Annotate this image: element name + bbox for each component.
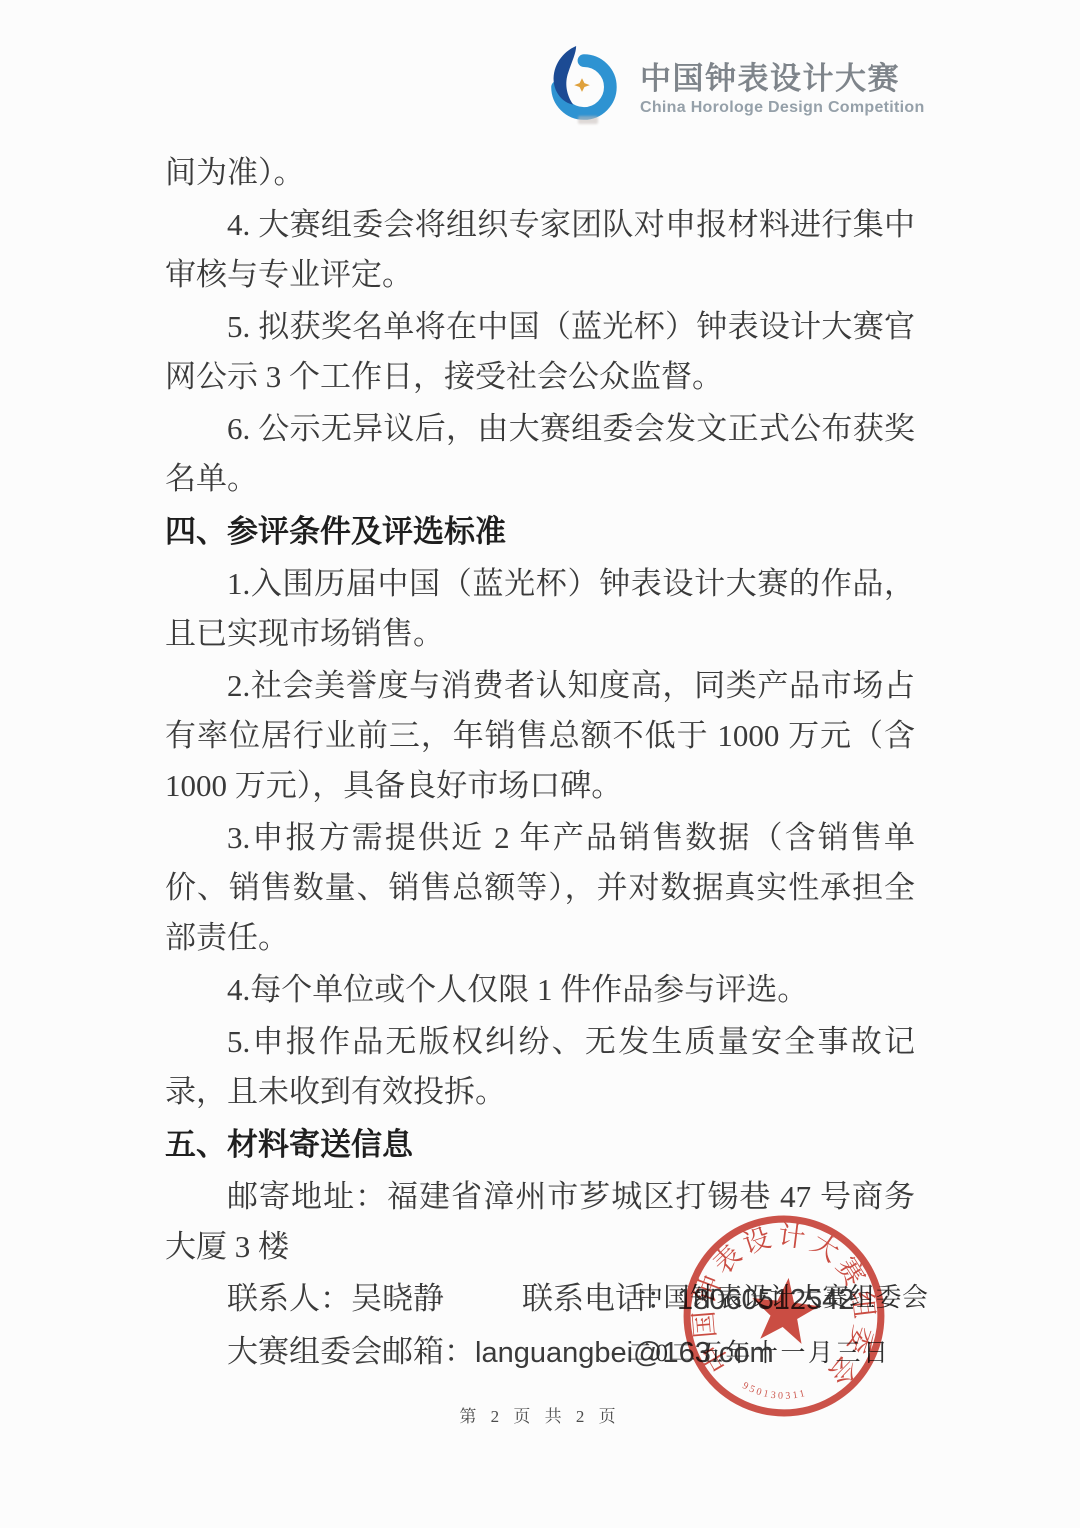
- section-heading-5: 五、材料寄送信息: [165, 1120, 915, 1170]
- mailing-address-line: 邮寄地址：福建省漳州市芗城区打锡巷 47 号商务大厦 3 楼: [165, 1172, 915, 1272]
- swirl-horologe-logo-icon: [532, 46, 632, 132]
- criteria-item-4: 4.每个单位或个人仅限 1 件作品参与评选。: [165, 965, 915, 1015]
- section-heading-4: 四、参评条件及评选标准: [165, 507, 915, 557]
- signature-organization: 中国钟表设计大赛组委会: [637, 1277, 929, 1314]
- paragraph-continuation: 间为准）。: [165, 148, 915, 198]
- contact-person: 联系人：吴晓静: [227, 1281, 444, 1316]
- signature-date: 二0二五年十一月三日: [628, 1333, 891, 1369]
- logo-subtitle: China Horologe Design Competition: [640, 99, 925, 117]
- page-footer: 第 2 页 共 2 页: [0, 1402, 1080, 1427]
- criteria-item-2: 2.社会美誉度与消费者认知度高，同类产品市场占有率位居行业前三，年销售总额不低于…: [165, 661, 915, 811]
- edition-mark: [578, 116, 598, 124]
- paragraph-item-6: 6. 公示无异议后，由大赛组委会发文正式公布获奖名单。: [165, 404, 915, 504]
- paragraph-item-4: 4. 大赛组委会将组织专家团队对申报材料进行集中审核与专业评定。: [165, 200, 915, 300]
- competition-logo: 中国钟表设计大赛 China Horologe Design Competiti…: [532, 46, 925, 132]
- criteria-item-3: 3.申报方需提供近 2 年产品销售数据（含销售单价、销售数量、销售总额等），并对…: [165, 813, 915, 963]
- criteria-item-5: 5.申报作品无版权纠纷、无发生质量安全事故记录，且未收到有效投拆。: [165, 1017, 915, 1117]
- email-label: 大赛组委会邮箱：: [227, 1334, 475, 1369]
- logo-title: 中国钟表设计大赛: [640, 62, 925, 96]
- document-body: 间为准）。 4. 大赛组委会将组织专家团队对申报材料进行集中审核与专业评定。 5…: [165, 148, 915, 1380]
- paragraph-item-5: 5. 拟获奖名单将在中国（蓝光杯）钟表设计大赛官网公示 3 个工作日，接受社会公…: [165, 302, 915, 402]
- criteria-item-1: 1.入围历届中国（蓝光杯）钟表设计大赛的作品，且已实现市场销售。: [165, 559, 915, 659]
- logo-wordmark: 中国钟表设计大赛 China Horologe Design Competiti…: [640, 46, 925, 117]
- document-page: 中国钟表设计大赛 China Horologe Design Competiti…: [0, 0, 1080, 1528]
